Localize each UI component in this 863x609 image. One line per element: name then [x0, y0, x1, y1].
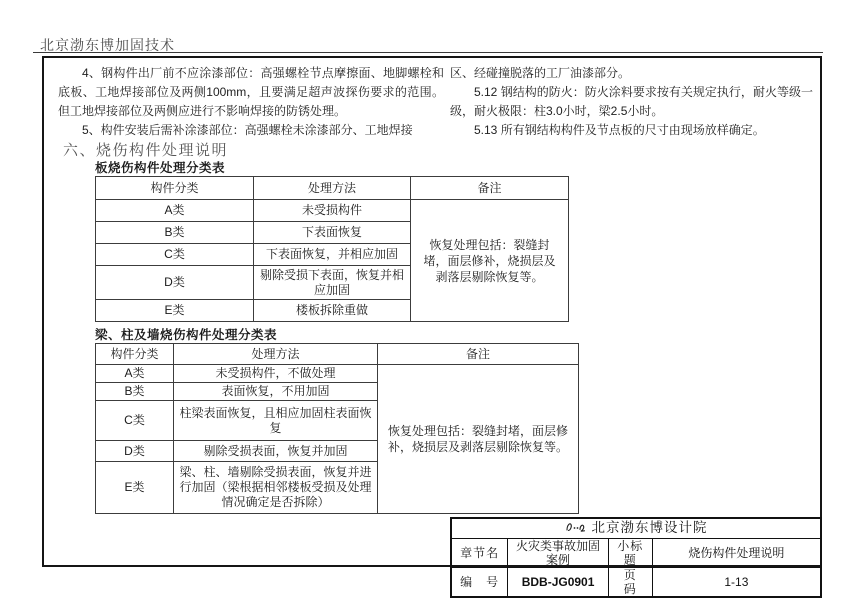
pageno-label: 页 码	[608, 567, 652, 597]
col-header-category: 构件分类	[96, 344, 174, 365]
number-label: 编 号	[451, 567, 508, 597]
document-page: 北京渤东博加固技术 4、钢构件出厂前不应涂漆部位：高强螺栓节点摩擦面、地脚螺栓和…	[0, 0, 863, 609]
method-cell: 剔除受损下表面，恢复并相应加固	[254, 266, 411, 300]
col-header-method: 处理方法	[174, 344, 378, 365]
paragraph-fire-protection: 5.12 钢结构的防火：防火涂料要求按有关规定执行，耐火等级一级，耐火极限：柱3…	[450, 83, 813, 121]
slab-damage-classification-table: 构件分类 处理方法 备注 A类 未受损构件 恢复处理包括：裂缝封堵，面层修补，烧…	[95, 176, 569, 322]
chapter-label: 章节名	[451, 538, 508, 567]
method-cell: 柱梁表面恢复，且相应加固柱表面恢复	[174, 401, 378, 441]
method-cell: 剔除受损表面，恢复并加固	[174, 441, 378, 462]
category-cell: C类	[96, 401, 174, 441]
company-logo-icon	[565, 521, 587, 536]
subtitle-value: 烧伤构件处理说明	[652, 538, 821, 567]
title-block-row: 编 号 BDB-JG0901 页 码 1-13	[451, 567, 821, 597]
paragraph-steel-unpainted: 4、钢构件出厂前不应涂漆部位：高强螺栓节点摩擦面、地脚螺栓和底板、工地焊接部位及…	[58, 64, 444, 121]
section-heading: 六、烧伤构件处理说明	[63, 139, 228, 160]
method-cell: 未受损构件，不做处理	[174, 365, 378, 383]
title-block-company-row: 北京渤东博设计院	[451, 518, 821, 538]
col-header-remark: 备注	[378, 344, 579, 365]
method-cell: 未受损构件	[254, 200, 411, 222]
title-block-row: 章节名 火灾类事故加固案例 小标题 烧伤构件处理说明	[451, 538, 821, 567]
beam-column-wall-damage-table: 构件分类 处理方法 备注 A类 未受损构件，不做处理 恢复处理包括：裂缝封堵，面…	[95, 343, 579, 514]
remark-cell: 恢复处理包括：裂缝封堵，面层修补，烧损层及剥落层剔除恢复等。	[378, 365, 579, 514]
col-header-remark: 备注	[411, 177, 569, 200]
paragraph-repaint-after-install: 5、构件安装后需补涂漆部位：高强螺栓未涂漆部分、工地焊接	[58, 121, 444, 140]
company-cell: 北京渤东博设计院	[451, 518, 821, 538]
method-cell: 表面恢复，不用加固	[174, 383, 378, 401]
table-header-row: 构件分类 处理方法 备注	[96, 177, 569, 200]
col-header-category: 构件分类	[96, 177, 254, 200]
method-cell: 下表面恢复	[254, 222, 411, 244]
method-cell: 下表面恢复，并相应加固	[254, 244, 411, 266]
category-cell: E类	[96, 300, 254, 322]
method-cell: 梁、柱、墙剔除受损表面，恢复并进行加固（梁根据相邻楼板受损及处理情况确定是否拆除…	[174, 462, 378, 514]
method-cell: 楼板拆除重做	[254, 300, 411, 322]
category-cell: A类	[96, 200, 254, 222]
category-cell: A类	[96, 365, 174, 383]
category-cell: B类	[96, 222, 254, 244]
category-cell: D类	[96, 266, 254, 300]
slab-table-title: 板烧伤构件处理分类表	[95, 158, 225, 176]
paragraph-site-lofting: 5.13 所有钢结构构件及节点板的尺寸由现场放样确定。	[450, 121, 813, 140]
intro-right-column: 区、经碰撞脱落的工厂油漆部分。 5.12 钢结构的防火：防火涂料要求按有关规定执…	[450, 64, 813, 140]
col-header-method: 处理方法	[254, 177, 411, 200]
category-cell: C类	[96, 244, 254, 266]
category-cell: E类	[96, 462, 174, 514]
intro-left-column: 4、钢构件出厂前不应涂漆部位：高强螺栓节点摩擦面、地脚螺栓和底板、工地焊接部位及…	[58, 64, 444, 140]
beam-column-wall-table-title: 梁、柱及墙烧伤构件处理分类表	[95, 325, 277, 343]
table-header-row: 构件分类 处理方法 备注	[96, 344, 579, 365]
category-cell: B类	[96, 383, 174, 401]
subtitle-label: 小标题	[608, 538, 652, 567]
company-name: 北京渤东博设计院	[592, 521, 708, 535]
drawing-title-block: 北京渤东博设计院 章节名 火灾类事故加固案例 小标题 烧伤构件处理说明 编 号 …	[450, 517, 822, 598]
category-cell: D类	[96, 441, 174, 462]
pageno-value: 1-13	[652, 567, 821, 597]
number-value: BDB-JG0901	[508, 567, 609, 597]
table-row: A类 未受损构件，不做处理 恢复处理包括：裂缝封堵，面层修补，烧损层及剥落层剔除…	[96, 365, 579, 383]
remark-cell: 恢复处理包括：裂缝封堵，面层修补，烧损层及剥落层剔除恢复等。	[411, 200, 569, 322]
header-rule	[33, 52, 823, 53]
chapter-value: 火灾类事故加固案例	[508, 538, 609, 567]
paragraph-continuation: 区、经碰撞脱落的工厂油漆部分。	[450, 64, 813, 83]
table-row: A类 未受损构件 恢复处理包括：裂缝封堵，面层修补，烧损层及剥落层剔除恢复等。	[96, 200, 569, 222]
